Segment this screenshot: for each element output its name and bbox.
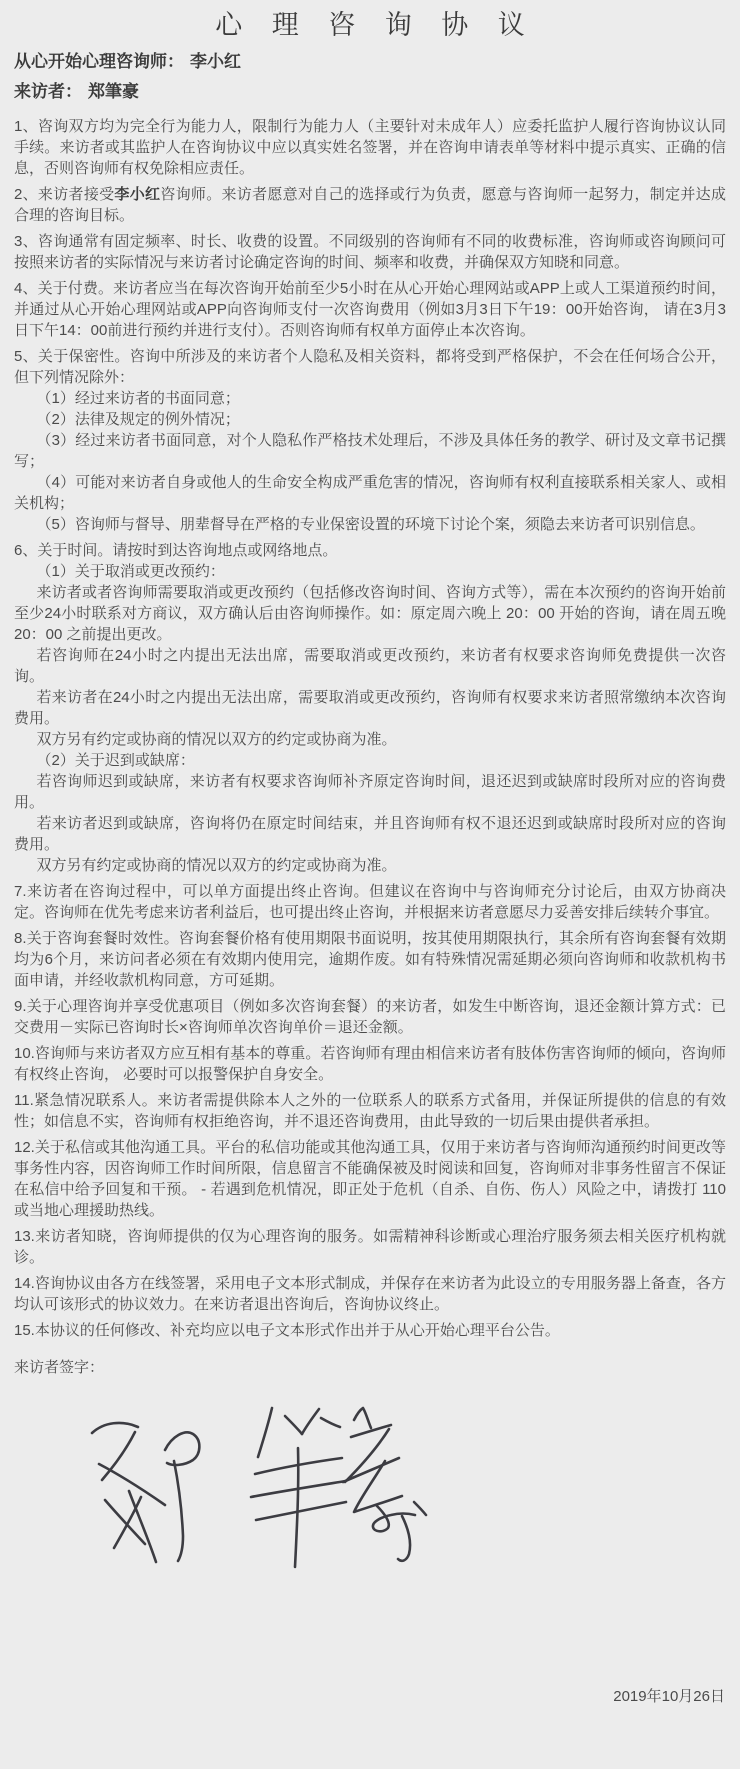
clause: 7.来访者在咨询过程中，可以单方面提出终止咨询。但建议在咨询中与咨询师充分讨论后…	[14, 881, 726, 923]
clause-paragraph: 双方另有约定或协商的情况以双方的约定或协商为准。	[14, 729, 726, 750]
clause-text: 5、关于保密性。咨询中所涉及的来访者个人隐私及相关资料，都将受到严格保护，不会在…	[14, 348, 726, 386]
clause-text: 13.来访者知晓，咨询师提供的仅为心理咨询的服务。如需精神科诊断或心理治疗服务须…	[14, 1228, 726, 1266]
clause-paragraph: 9.关于心理咨询并享受优惠项目（例如多次咨询套餐）的来访者，如发生中断咨询，退还…	[14, 996, 726, 1038]
clause-paragraph: 若来访者迟到或缺席，咨询将仍在原定时间结束，并且咨询师有权不退还迟到或缺席时段所…	[14, 813, 726, 855]
visitor-line: 来访者：郑筆豪	[14, 81, 726, 103]
signing-date: 2019年10月26日	[613, 1686, 725, 1707]
clause-text: （4）可能对来访者自身或他人的生命安全构成严重危害的情况，咨询师有权利直接联系相…	[14, 474, 726, 512]
clause-paragraph: 若咨询师迟到或缺席，来访者有权要求咨询师补齐原定咨询时间，退还迟到或缺席时段所对…	[14, 771, 726, 813]
clause-text: 1、咨询双方均为完全行为能力人，限制行为能力人（主要针对未成年人）应委托监护人履…	[14, 118, 726, 177]
visitor-signature-handwriting	[72, 1396, 452, 1606]
clause-text: 4、关于付费。来访者应当在每次咨询开始前至少5小时在从心开始心理网站或APP上或…	[14, 280, 726, 339]
clause-text: （2）法律及规定的例外情况；	[37, 411, 240, 428]
clause-text: 若来访者在24小时之内提出无法出席，需要取消或更改预约，咨询师有权要求来访者照常…	[14, 689, 726, 727]
clause-text: 双方另有约定或协商的情况以双方的约定或协商为准。	[37, 731, 397, 748]
clause-paragraph: 7.来访者在咨询过程中，可以单方面提出终止咨询。但建议在咨询中与咨询师充分讨论后…	[14, 881, 726, 923]
clause: 8.关于咨询套餐时效性。咨询套餐价格有使用期限书面说明，按其使用期限执行，其余所…	[14, 928, 726, 991]
counselor-line: 从心开始心理咨询师：李小红	[14, 51, 726, 73]
clause-text: 10.咨询师与来访者双方应互相有基本的尊重。若咨询师有理由相信来访者有肢体伤害咨…	[14, 1045, 726, 1083]
clause-text: 6、关于时间。请按时到达咨询地点或网络地点。	[14, 542, 337, 559]
clause-paragraph: 来访者或者咨询师需要取消或更改预约（包括修改咨询时间、咨询方式等），需在本次预约…	[14, 582, 726, 645]
clause: 13.来访者知晓，咨询师提供的仅为心理咨询的服务。如需精神科诊断或心理治疗服务须…	[14, 1226, 726, 1268]
clause: 12.关于私信或其他沟通工具。平台的私信功能或其他沟通工具，仅用于来访者与咨询师…	[14, 1137, 726, 1221]
clause-paragraph: 若来访者在24小时之内提出无法出席，需要取消或更改预约，咨询师有权要求来访者照常…	[14, 687, 726, 729]
clause-paragraph: 11.紧急情况联系人。来访者需提供除本人之外的一位联系人的联系方式备用，并保证所…	[14, 1090, 726, 1132]
clause: 11.紧急情况联系人。来访者需提供除本人之外的一位联系人的联系方式备用，并保证所…	[14, 1090, 726, 1132]
clause-text: 2、来访者接受	[14, 186, 114, 203]
clause-paragraph: 13.来访者知晓，咨询师提供的仅为心理咨询的服务。如需精神科诊断或心理治疗服务须…	[14, 1226, 726, 1268]
clause-paragraph: 15.本协议的任何修改、补充均应以电子文本形式作出并于从心开始心理平台公告。	[14, 1320, 726, 1341]
clause-text: （1）关于取消或更改预约：	[37, 563, 225, 580]
clause-paragraph: 双方另有约定或协商的情况以双方的约定或协商为准。	[14, 855, 726, 876]
clause-paragraph: 若咨询师在24小时之内提出无法出席，需要取消或更改预约，来访者有权要求咨询师免费…	[14, 645, 726, 687]
clause-paragraph: 2、来访者接受李小红咨询师。来访者愿意对自己的选择或行为负责，愿意与咨询师一起努…	[14, 184, 726, 226]
clause-paragraph: （5）咨询师与督导、朋辈督导在严格的专业保密设置的环境下讨论个案，须隐去来访者可…	[14, 514, 726, 535]
clause-text: 8.关于咨询套餐时效性。咨询套餐价格有使用期限书面说明，按其使用期限执行，其余所…	[14, 930, 726, 989]
counselor-label: 从心开始心理咨询师：	[14, 52, 184, 71]
visitor-label: 来访者：	[14, 82, 82, 101]
clause-text: 9.关于心理咨询并享受优惠项目（例如多次咨询套餐）的来访者，如发生中断咨询，退还…	[14, 998, 726, 1036]
agreement-document: 心 理 咨 询 协 议 从心开始心理咨询师：李小红 来访者：郑筆豪 1、咨询双方…	[0, 0, 740, 1769]
clause: 4、关于付费。来访者应当在每次咨询开始前至少5小时在从心开始心理网站或APP上或…	[14, 278, 726, 341]
clause-text: 3、咨询通常有固定频率、时长、收费的设置。不同级别的咨询师有不同的收费标准，咨询…	[14, 233, 726, 271]
clause-paragraph: 6、关于时间。请按时到达咨询地点或网络地点。	[14, 540, 726, 561]
clause-text: 来访者或者咨询师需要取消或更改预约（包括修改咨询时间、咨询方式等），需在本次预约…	[14, 584, 726, 643]
counselor-name: 李小红	[190, 52, 241, 71]
clause-text: （5）咨询师与督导、朋辈督导在严格的专业保密设置的环境下讨论个案，须隐去来访者可…	[37, 516, 705, 533]
clause: 6、关于时间。请按时到达咨询地点或网络地点。（1）关于取消或更改预约：来访者或者…	[14, 540, 726, 876]
clause: 15.本协议的任何修改、补充均应以电子文本形式作出并于从心开始心理平台公告。	[14, 1320, 726, 1341]
clause-paragraph: （2）关于迟到或缺席：	[14, 750, 726, 771]
clause: 5、关于保密性。咨询中所涉及的来访者个人隐私及相关资料，都将受到严格保护，不会在…	[14, 346, 726, 535]
clause-paragraph: 5、关于保密性。咨询中所涉及的来访者个人隐私及相关资料，都将受到严格保护，不会在…	[14, 346, 726, 388]
clause-paragraph: （2）法律及规定的例外情况；	[14, 409, 726, 430]
clause-text: （2）关于迟到或缺席：	[37, 752, 195, 769]
clause: 2、来访者接受李小红咨询师。来访者愿意对自己的选择或行为负责，愿意与咨询师一起努…	[14, 184, 726, 226]
clause-text: 若来访者迟到或缺席，咨询将仍在原定时间结束，并且咨询师有权不退还迟到或缺席时段所…	[14, 815, 726, 853]
signature-label: 来访者签字：	[14, 1357, 726, 1378]
clause-text: 12.关于私信或其他沟通工具。平台的私信功能或其他沟通工具，仅用于来访者与咨询师…	[14, 1139, 726, 1219]
clause-paragraph: （1）经过来访者的书面同意；	[14, 388, 726, 409]
clause-paragraph: （3）经过来访者书面同意，对个人隐私作严格技术处理后，不涉及具体任务的教学、研讨…	[14, 430, 726, 472]
clause: 10.咨询师与来访者双方应互相有基本的尊重。若咨询师有理由相信来访者有肢体伤害咨…	[14, 1043, 726, 1085]
clause-text: 若咨询师迟到或缺席，来访者有权要求咨询师补齐原定咨询时间，退还迟到或缺席时段所对…	[14, 773, 726, 811]
clause-text: 双方另有约定或协商的情况以双方的约定或协商为准。	[37, 857, 397, 874]
clause-text: 7.来访者在咨询过程中，可以单方面提出终止咨询。但建议在咨询中与咨询师充分讨论后…	[14, 883, 726, 921]
clause: 9.关于心理咨询并享受优惠项目（例如多次咨询套餐）的来访者，如发生中断咨询，退还…	[14, 996, 726, 1038]
clause-paragraph: 4、关于付费。来访者应当在每次咨询开始前至少5小时在从心开始心理网站或APP上或…	[14, 278, 726, 341]
clause: 3、咨询通常有固定频率、时长、收费的设置。不同级别的咨询师有不同的收费标准，咨询…	[14, 231, 726, 273]
clause-paragraph: 8.关于咨询套餐时效性。咨询套餐价格有使用期限书面说明，按其使用期限执行，其余所…	[14, 928, 726, 991]
clause-text: 15.本协议的任何修改、补充均应以电子文本形式作出并于从心开始心理平台公告。	[14, 1322, 560, 1339]
clause: 14.咨询协议由各方在线签署，采用电子文本形式制成，并保存在来访者为此设立的专用…	[14, 1273, 726, 1315]
clause-paragraph: （4）可能对来访者自身或他人的生命安全构成严重危害的情况，咨询师有权利直接联系相…	[14, 472, 726, 514]
clause-paragraph: 1、咨询双方均为完全行为能力人，限制行为能力人（主要针对未成年人）应委托监护人履…	[14, 116, 726, 179]
clause-paragraph: 12.关于私信或其他沟通工具。平台的私信功能或其他沟通工具，仅用于来访者与咨询师…	[14, 1137, 726, 1221]
clause-paragraph: 3、咨询通常有固定频率、时长、收费的设置。不同级别的咨询师有不同的收费标准，咨询…	[14, 231, 726, 273]
clause: 1、咨询双方均为完全行为能力人，限制行为能力人（主要针对未成年人）应委托监护人履…	[14, 116, 726, 179]
clause-text: 11.紧急情况联系人。来访者需提供除本人之外的一位联系人的联系方式备用，并保证所…	[14, 1092, 726, 1130]
clause-text: 若咨询师在24小时之内提出无法出席，需要取消或更改预约，来访者有权要求咨询师免费…	[14, 647, 726, 685]
clause-paragraph: （1）关于取消或更改预约：	[14, 561, 726, 582]
clause-text: 14.咨询协议由各方在线签署，采用电子文本形式制成，并保存在来访者为此设立的专用…	[14, 1275, 726, 1313]
visitor-name: 郑筆豪	[88, 82, 139, 101]
clause-text: （3）经过来访者书面同意，对个人隐私作严格技术处理后，不涉及具体任务的教学、研讨…	[14, 432, 726, 470]
clause-text: （1）经过来访者的书面同意；	[37, 390, 240, 407]
inline-bold-name: 李小红	[114, 186, 160, 203]
clause-paragraph: 10.咨询师与来访者双方应互相有基本的尊重。若咨询师有理由相信来访者有肢体伤害咨…	[14, 1043, 726, 1085]
document-body: 心 理 咨 询 协 议 从心开始心理咨询师：李小红 来访者：郑筆豪 1、咨询双方…	[0, 0, 740, 1606]
clauses: 1、咨询双方均为完全行为能力人，限制行为能力人（主要针对未成年人）应委托监护人履…	[14, 116, 726, 1341]
page-title: 心 理 咨 询 协 议	[14, 0, 726, 42]
clause-paragraph: 14.咨询协议由各方在线签署，采用电子文本形式制成，并保存在来访者为此设立的专用…	[14, 1273, 726, 1315]
